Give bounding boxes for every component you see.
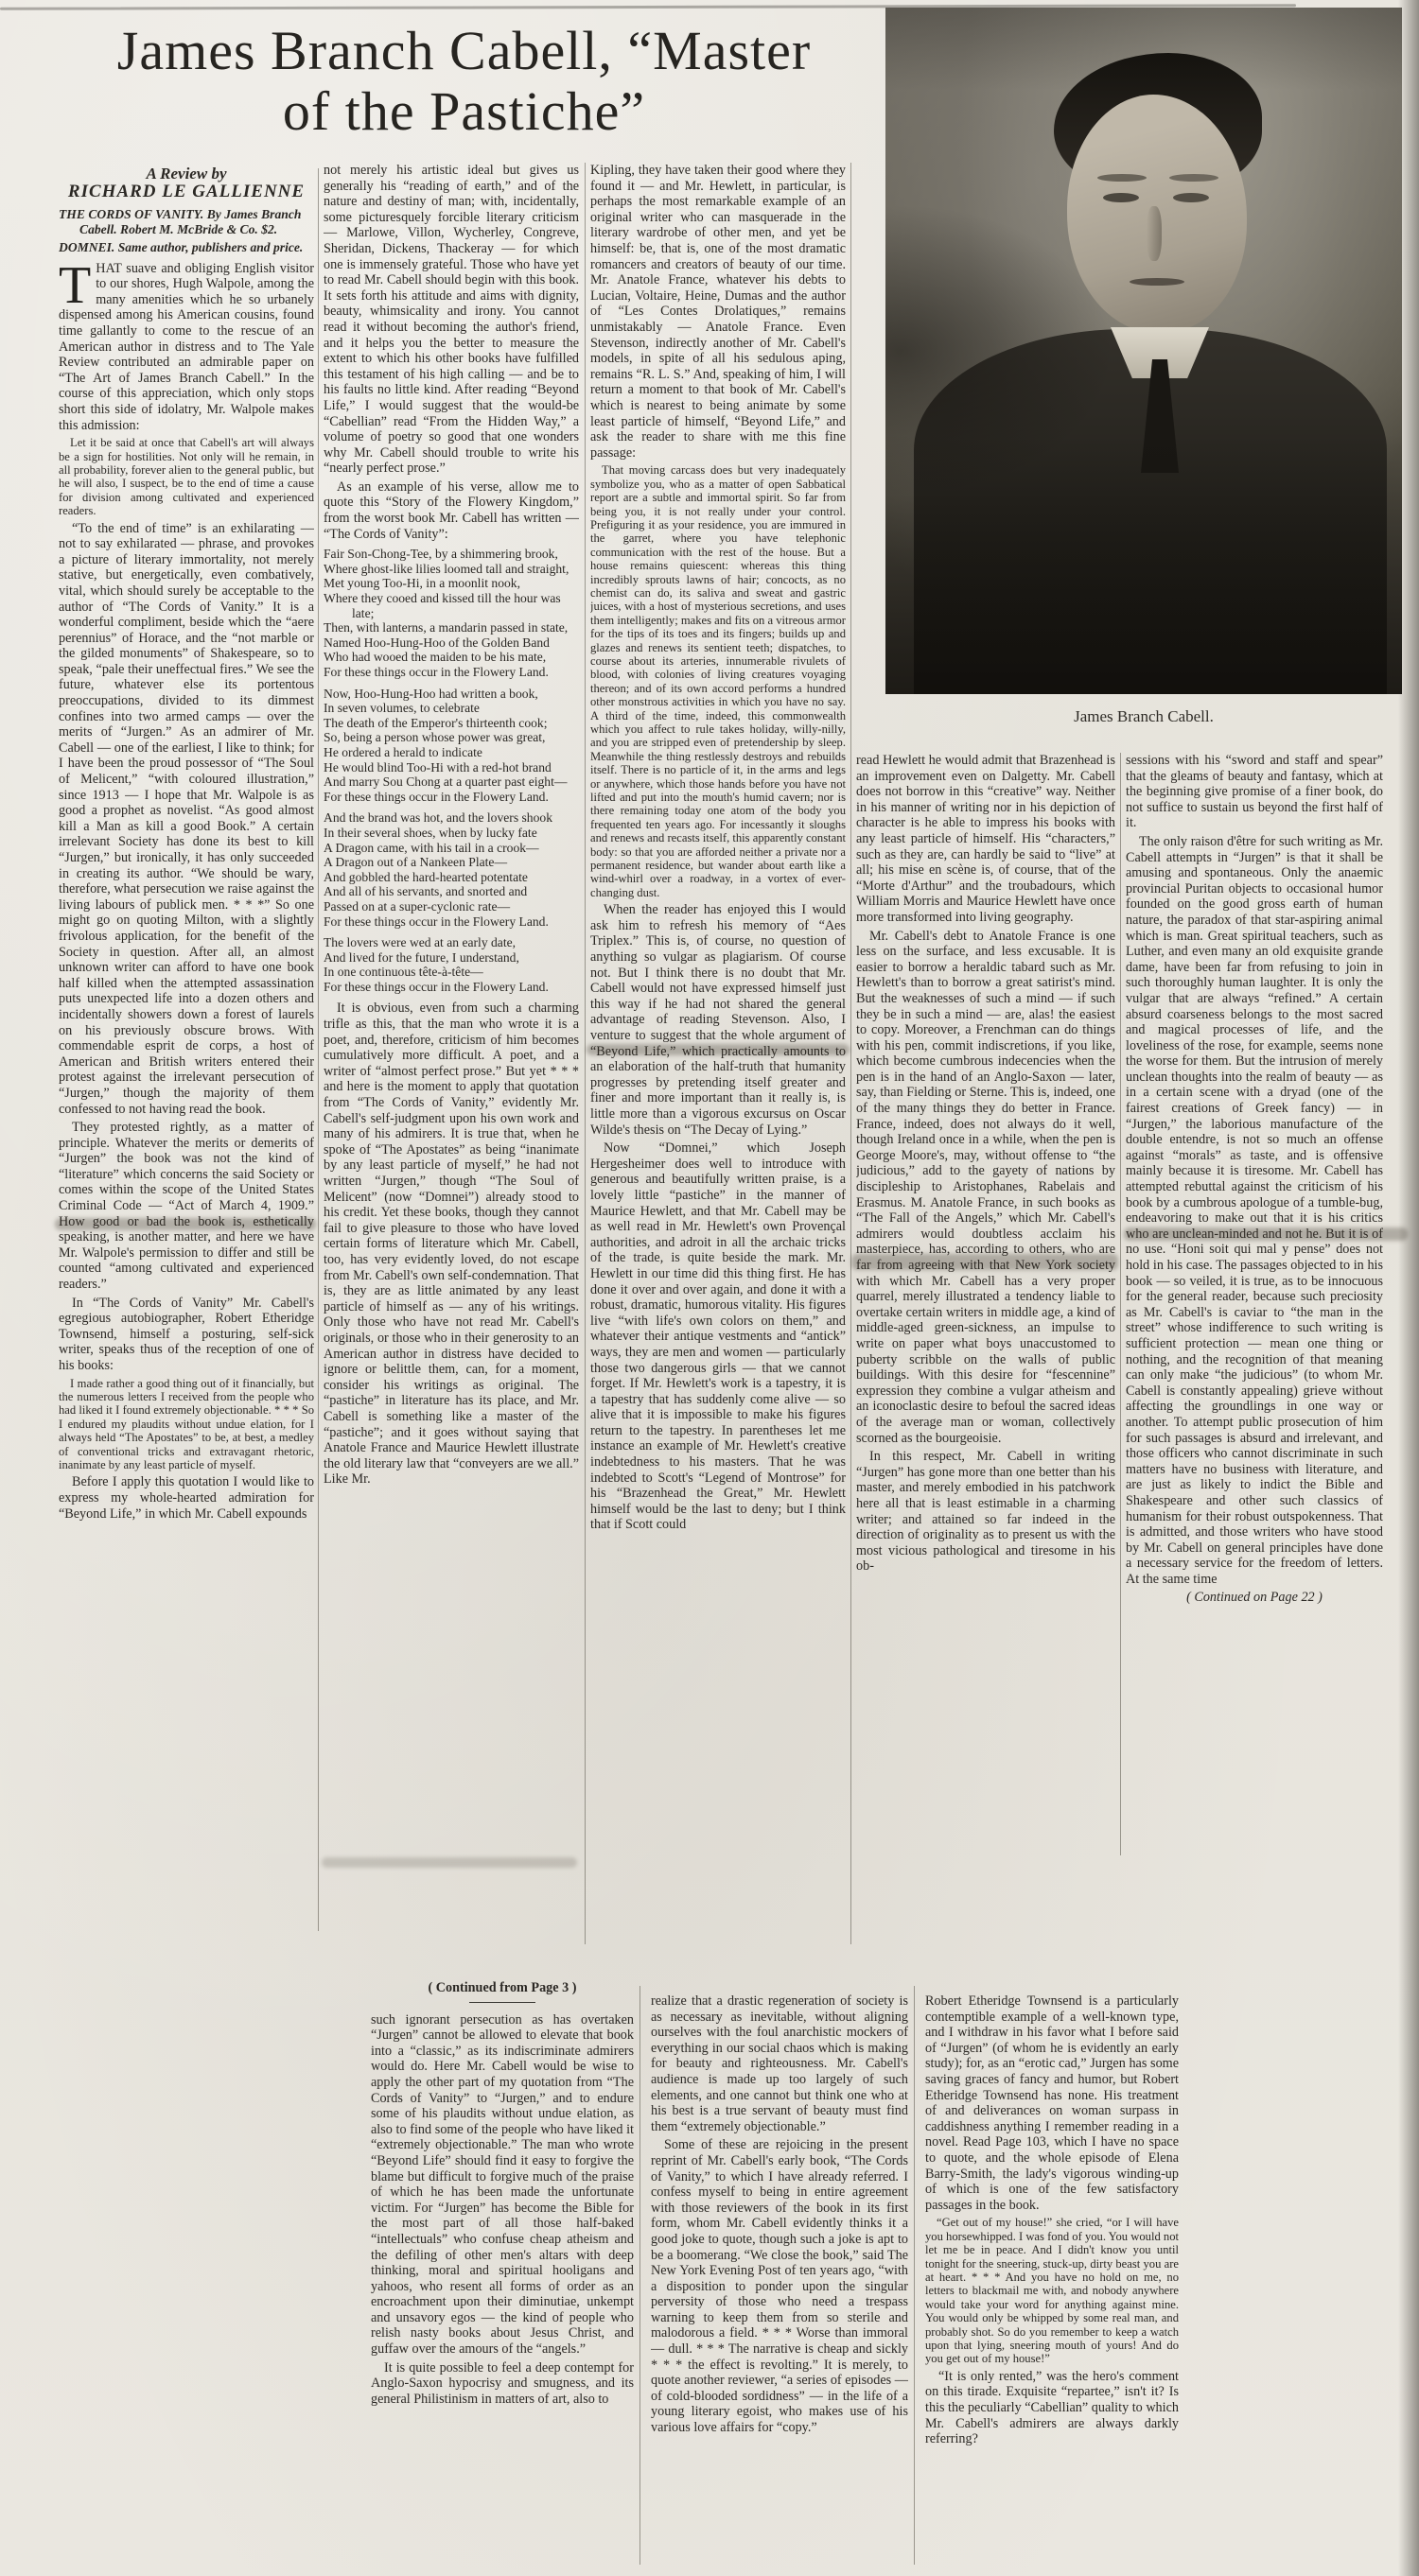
quote-extract: Let it be said at once that Cabell's art…	[59, 436, 314, 517]
paragraph: In “The Cords of Vanity” Mr. Cabell's eg…	[59, 1296, 314, 1374]
verse-line: So, being a person whose power was great…	[324, 730, 579, 745]
paragraph: In this respect, Mr. Cabell in writing “…	[856, 1449, 1115, 1575]
verse-line: And gobbled the hard-hearted potentate	[324, 870, 579, 885]
paragraph: It is obvious, even from such a charming…	[324, 1001, 579, 1487]
article-column-4: read Hewlett he would admit that Brazenh…	[856, 753, 1115, 1874]
continuation-column-2: realize that a drastic regeneration of s…	[651, 1993, 908, 2568]
verse-line: The death of the Emperor's thirteenth co…	[324, 716, 579, 731]
column-1-text: THAT suave and obliging English visitor …	[59, 261, 314, 1523]
column-2-text: not merely his artistic ideal but gives …	[324, 163, 579, 1488]
article-column-2: not merely his artistic ideal but gives …	[324, 163, 579, 1937]
verse-line: For these things occur in the Flowery La…	[324, 980, 579, 995]
paragraph: As an example of his verse, allow me to …	[324, 479, 579, 542]
paragraph: “To the end of time” is an exhilarating …	[59, 521, 314, 1118]
verse-stanza: And the brand was hot, and the lovers sh…	[324, 810, 579, 929]
verse-line: A Dragon out of a Nankeen Plate—	[324, 855, 579, 870]
verse-stanza: Now, Hoo-Hung-Hoo had written a book,In …	[324, 687, 579, 805]
verse-stanza: The lovers were wed at an early date,And…	[324, 935, 579, 994]
article-headline: James Branch Cabell, “Master of the Past…	[36, 21, 892, 142]
verse-line: Passed on at a super-cyclonic rate—	[324, 899, 579, 914]
photo-caption: James Branch Cabell.	[885, 707, 1402, 726]
paragraph: Now “Domnei,” which Joseph Hergesheimer …	[590, 1140, 846, 1533]
verse-line: Where ghost-like lilies loomed tall and …	[324, 562, 579, 577]
article-column-5: sessions with his “sword and staff and s…	[1126, 753, 1383, 1859]
opening-paragraph: THAT suave and obliging English visitor …	[59, 261, 314, 434]
verse-line: For these things occur in the Flowery La…	[324, 790, 579, 805]
paragraph: The only raison d'être for such writing …	[1126, 834, 1383, 1588]
column-divider	[318, 168, 319, 1931]
verse-line: For these things occur in the Flowery La…	[324, 665, 579, 680]
verse-line: Now, Hoo-Hung-Hoo had written a book,	[324, 687, 579, 702]
verse-line: Fair Son-Chong-Tee, by a shimmering broo…	[324, 547, 579, 562]
verse-line: Who had wooed the maiden to be his mate,	[324, 650, 579, 665]
continuation-column-3: Robert Etheridge Townsend is a particula…	[925, 1993, 1179, 2568]
verse-line: He ordered a herald to indicate	[324, 745, 579, 760]
review-byline: A Review by RICHARD LE GALLIENNE THE COR…	[59, 166, 314, 255]
verse-line: Met young Too-Hi, in a moonlit nook,	[324, 576, 579, 591]
verse-line: And marry Sou Chong at a quarter past ei…	[324, 775, 579, 790]
paragraph: “It is only rented,” was the hero's comm…	[925, 2369, 1179, 2447]
headline-line-1: James Branch Cabell, “Master	[36, 21, 892, 81]
book-reference-1: THE CORDS OF VANITY. By James Branch Cab…	[59, 207, 314, 237]
verse-line: A Dragon came, with his tail in a crook—	[324, 841, 579, 856]
verse-line: The lovers were wed at an early date,	[324, 935, 579, 950]
verse-line: Where they cooed and kissed till the hou…	[324, 591, 579, 620]
verse-line: And lived for the future, I understand,	[324, 950, 579, 966]
verse-line: Named Hoo-Hung-Hoo of the Golden Band	[324, 635, 579, 651]
quote-extract: That moving carcass does but very inadeq…	[590, 463, 846, 899]
article-column-3: Kipling, they have taken their good wher…	[590, 163, 846, 1950]
paragraph: They protested rightly, as a matter of p…	[59, 1120, 314, 1293]
verse-line: And all of his servants, and snorted and	[324, 884, 579, 899]
column-5-text: sessions with his “sword and staff and s…	[1126, 753, 1383, 1606]
headline-line-2: of the Pastiche”	[36, 81, 892, 142]
paragraph: Before I apply this quotation I would li…	[59, 1474, 314, 1522]
column-divider	[585, 163, 586, 1944]
paragraph: realize that a drastic regeneration of s…	[651, 1993, 908, 2134]
drop-cap: T	[59, 261, 96, 307]
continuation-column-3-text: Robert Etheridge Townsend is a particula…	[925, 1993, 1179, 2447]
paragraph: such ignorant persecution as has overtak…	[371, 2012, 634, 2358]
column-3-text: Kipling, they have taken their good wher…	[590, 163, 846, 1533]
article-column-1: A Review by RICHARD LE GALLIENNE THE COR…	[59, 166, 314, 1937]
paragraph: Kipling, they have taken their good wher…	[590, 163, 846, 461]
continuation-column-1-text: such ignorant persecution as has overtak…	[371, 2012, 634, 2408]
verse-line: For these things occur in the Flowery La…	[324, 914, 579, 930]
paragraph: Robert Etheridge Townsend is a particula…	[925, 1993, 1179, 2213]
continued-from-note: ( Continued from Page 3 )	[371, 1980, 634, 1996]
column-divider	[1120, 753, 1121, 1855]
section-rule	[469, 2002, 535, 2003]
portrait-photo	[885, 8, 1402, 694]
verse-line: In one continuous tête-à-tête—	[324, 965, 579, 980]
quote-extract: “Get out of my house!” she cried, “or I …	[925, 2216, 1179, 2365]
continued-note: ( Continued on Page 22 )	[1126, 1590, 1383, 1606]
verse-stanza: Fair Son-Chong-Tee, by a shimmering broo…	[324, 547, 579, 679]
column-divider	[850, 163, 851, 1944]
verse-line: He would blind Too-Hi with a red-hot bra…	[324, 760, 579, 775]
paragraph: Mr. Cabell's debt to Anatole France is o…	[856, 929, 1115, 1447]
verse-line: In seven volumes, to celebrate	[324, 701, 579, 716]
continuation-column-1: ( Continued from Page 3 ) such ignorant …	[371, 1980, 634, 2568]
paragraph: When the reader has enjoyed this I would…	[590, 902, 846, 1138]
column-4-text: read Hewlett he would admit that Brazenh…	[856, 753, 1115, 1575]
verse-line: Then, with lanterns, a mandarin passed i…	[324, 620, 579, 635]
paragraph: sessions with his “sword and staff and s…	[1126, 753, 1383, 831]
paragraph: Some of these are rejoicing in the prese…	[651, 2137, 908, 2435]
book-reference-2: DOMNEI. Same author, publishers and pric…	[59, 240, 314, 255]
paragraph: read Hewlett he would admit that Brazenh…	[856, 753, 1115, 926]
newspaper-clipping-page: James Branch Cabell, “Master of the Past…	[0, 0, 1419, 2576]
continuation-column-2-text: realize that a drastic regeneration of s…	[651, 1993, 908, 2436]
photo-vignette	[885, 8, 1402, 694]
paragraph: not merely his artistic ideal but gives …	[324, 163, 579, 477]
review-by-label: A Review by	[59, 166, 314, 183]
quote-extract: I made rather a good thing out of it fin…	[59, 1377, 314, 1472]
paragraph: It is quite possible to feel a deep cont…	[371, 2360, 634, 2408]
verse-line: In their several shoes, when by lucky fa…	[324, 826, 579, 841]
reviewer-name: RICHARD LE GALLIENNE	[59, 184, 314, 200]
verse-line: And the brand was hot, and the lovers sh…	[324, 810, 579, 826]
column-divider	[914, 1986, 915, 2565]
column-divider	[639, 1986, 640, 2565]
